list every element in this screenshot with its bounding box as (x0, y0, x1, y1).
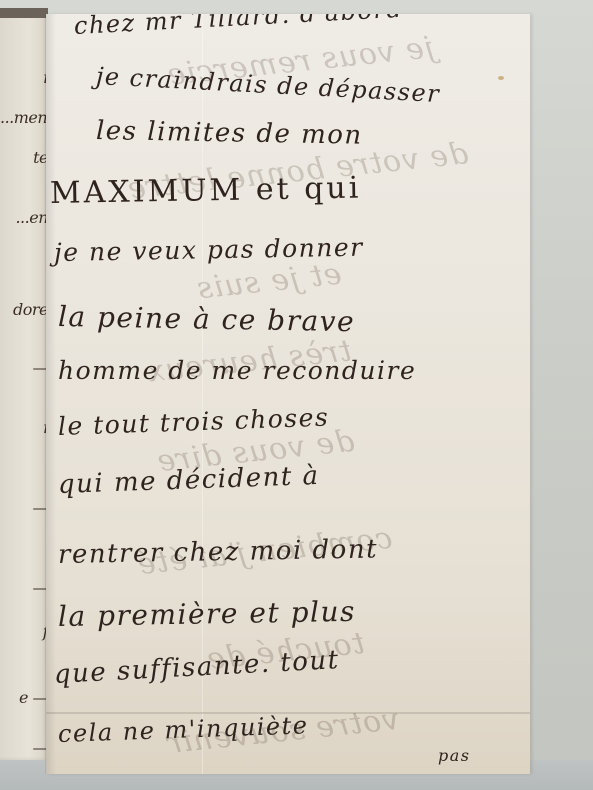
left-page-text-fragment: — (0, 738, 48, 757)
left-page-text-fragment: e — (0, 688, 48, 707)
letter-page: je vous remerciede votre bonne lettreet … (46, 14, 530, 774)
left-page-text-fragment: — (0, 498, 48, 517)
handwritten-line: que suffisante. tout (53, 645, 340, 690)
left-page-text-fragment: ...en (0, 208, 48, 227)
left-page-text-fragment: i (0, 418, 48, 437)
handwritten-line: la première et plus (58, 595, 356, 633)
handwritten-line: rentrer chez moi dont (58, 534, 379, 570)
handwritten-line: qui me décident à (57, 461, 320, 500)
handwritten-line: la peine à ce brave (58, 300, 356, 338)
left-page-text-fragment: f (0, 622, 48, 641)
handwritten-line: homme de me reconduire (58, 356, 416, 385)
left-page-text-fragment: i (0, 68, 48, 87)
left-page-text-fragment: te (0, 148, 48, 167)
left-page-fragment: i...menste...endore—i——fe —— (0, 8, 48, 760)
ink-stain (498, 76, 504, 80)
handwritten-line: pas (438, 746, 471, 765)
left-page-text-fragment: — (0, 578, 48, 597)
handwritten-line: chez mr Tillard. d'abord (73, 14, 404, 40)
handwritten-line: les limites de mon (96, 116, 363, 151)
binding-shadow (0, 8, 48, 18)
left-page-text-fragment: ...mens (0, 108, 48, 127)
handwritten-line: je ne veux pas donner (54, 233, 364, 267)
handwritten-line: MAXIMUM et qui (50, 171, 362, 211)
left-page-text-fragment: dore (0, 300, 48, 319)
left-page-text-fragment: — (0, 358, 48, 377)
